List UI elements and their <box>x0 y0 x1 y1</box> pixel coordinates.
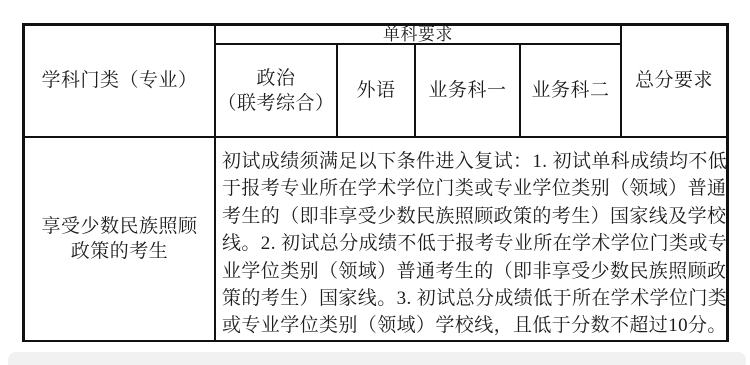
header-foreign-language-label: 外语 <box>356 79 395 103</box>
row-category-cell: 享受少数民族照顾 政策的考生 <box>25 138 214 340</box>
header-business-course-1: 业务科一 <box>416 45 519 136</box>
requirement-text-line: 线。2. 初试总分成绩不低于报考专业所在学术学位门类或专 <box>222 230 722 257</box>
requirement-text-line: 于报考专业所在学术学位门类或专业学位类别（领域）普通 <box>222 175 722 202</box>
admission-requirements-table: 学科门类（专业） 单科要求 政治 （联考综合） 外语 业务科一 业务科二 总分要… <box>22 23 729 342</box>
row-category-line1: 享受少数民族照顾 <box>41 214 197 239</box>
header-total-score-label: 总分要求 <box>635 69 713 93</box>
requirement-text-line: 或专业学位类别（领域）学校线，且低于分数不超过10分。 <box>222 312 722 339</box>
header-foreign-language: 外语 <box>338 45 414 136</box>
header-politics-line2: （联考综合） <box>217 91 334 116</box>
header-total-score: 总分要求 <box>622 26 726 136</box>
header-business-course-2-label: 业务科二 <box>531 79 609 103</box>
header-business-course-1-label: 业务科一 <box>428 79 506 103</box>
header-politics: 政治 （联考综合） <box>216 45 336 136</box>
requirement-text-line: 策的考生）国家线。3. 初试总分成绩低于所在学术学位门类 <box>222 285 722 312</box>
header-subject-category: 学科门类（专业） <box>25 26 214 136</box>
row-requirements-cell: 初试成绩须满足以下条件进入复试：1. 初试单科成绩均不低 于报考专业所在学术学位… <box>216 138 726 340</box>
requirement-text-line: 考生的（即非享受少数民族照顾政策的考生）国家线及学校 <box>222 203 722 230</box>
row-category-line2: 政策的考生 <box>71 239 169 264</box>
document-page: 学科门类（专业） 单科要求 政治 （联考综合） 外语 业务科一 业务科二 总分要… <box>0 0 750 365</box>
header-single-subject-group: 单科要求 <box>216 26 620 43</box>
header-politics-line1: 政治 <box>256 66 295 91</box>
header-single-subject-group-label: 单科要求 <box>383 26 453 43</box>
page-bottom-strip <box>8 352 746 365</box>
header-subject-category-label: 学科门类（专业） <box>41 69 197 93</box>
requirement-text-line: 业学位类别（领域）普通考生的（即非享受少数民族照顾政 <box>222 258 722 285</box>
header-business-course-2: 业务科二 <box>521 45 620 136</box>
requirement-text-line: 初试成绩须满足以下条件进入复试：1. 初试单科成绩均不低 <box>222 148 722 175</box>
